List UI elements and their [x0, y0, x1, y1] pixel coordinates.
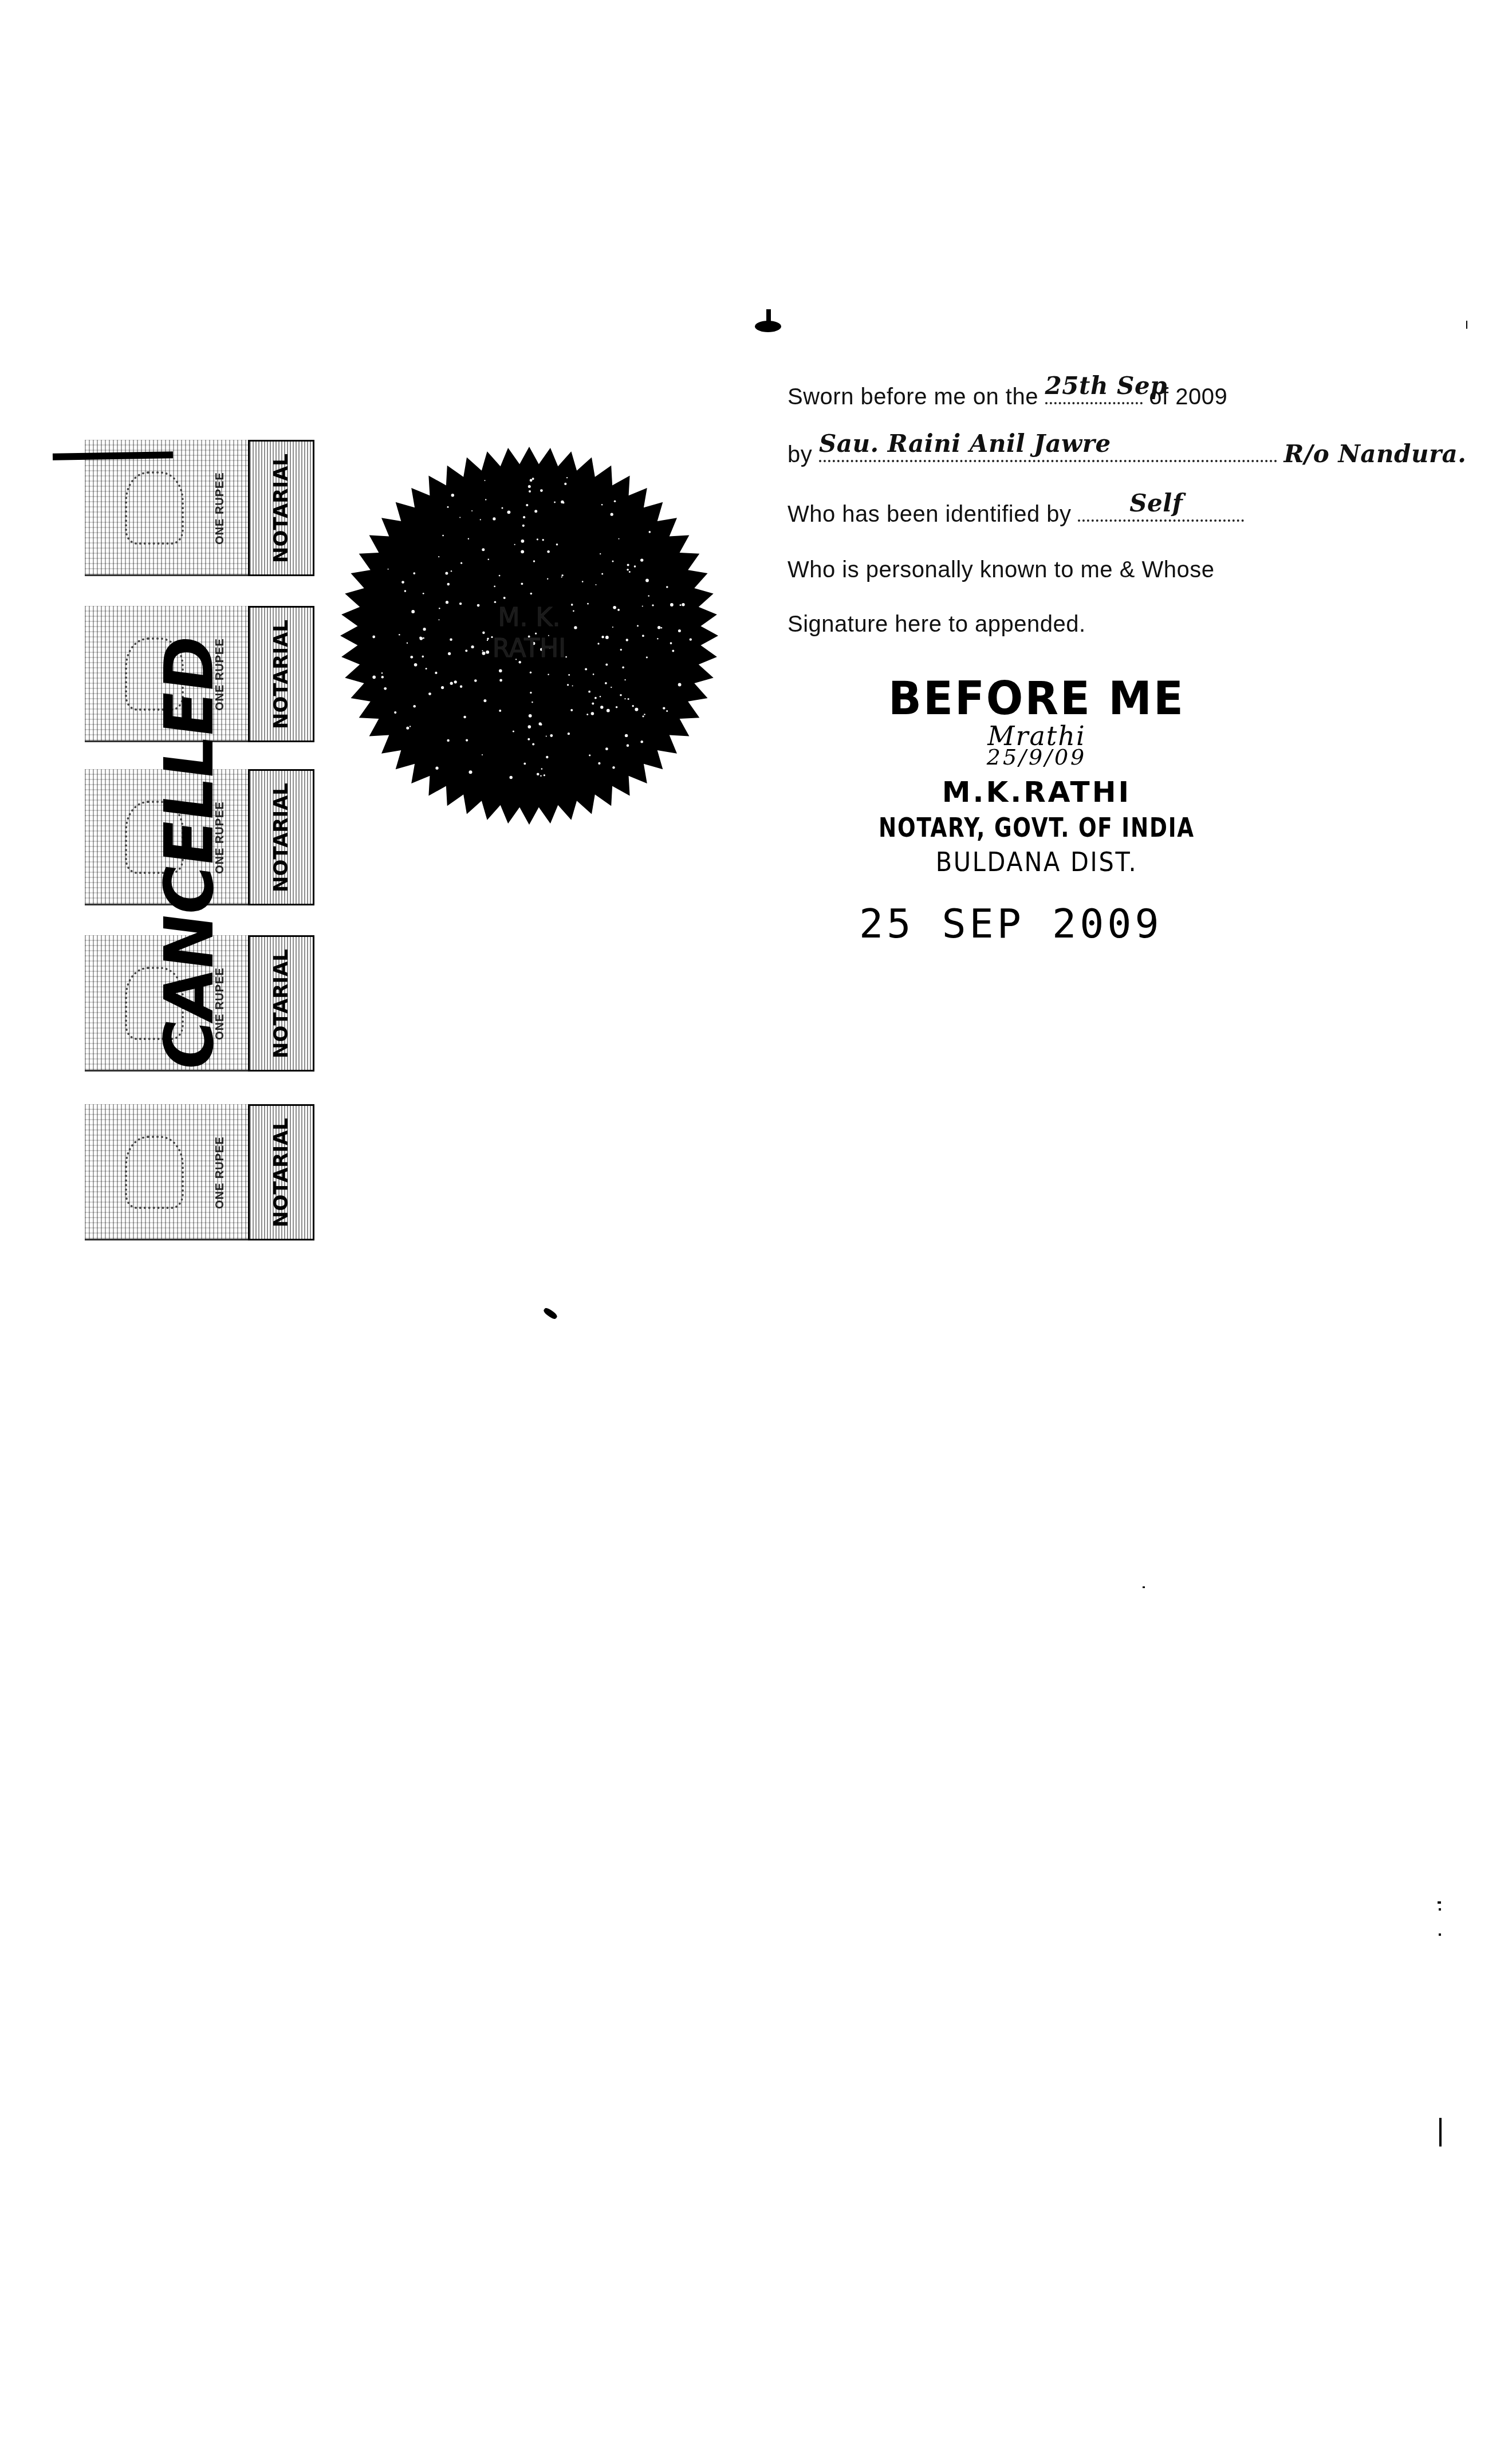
known-line: Who is personally known to me & Whose: [787, 557, 1214, 583]
identified-prefix: Who has been identified by: [787, 502, 1072, 527]
deponent-name-handwritten: Sau. Raini Anil Jawre: [819, 430, 1111, 458]
cancelled-overprint: CANCELLED: [155, 452, 223, 1254]
ink-blot-mark: [755, 321, 781, 332]
date-stamp: 25 SEP 2009: [836, 900, 1237, 947]
identifier-field: Self: [1078, 500, 1244, 522]
scan-speck: [1143, 1586, 1145, 1588]
scan-speck: [1438, 1901, 1441, 1904]
sworn-date-handwritten: 25th Sep: [1045, 372, 1167, 400]
scan-speck: [1439, 1933, 1441, 1936]
scan-line-mark: [1439, 2118, 1442, 2146]
stamp-label: NOTARIAL: [250, 442, 313, 574]
notary-title: NOTARY, GOVT. OF INDIA: [856, 812, 1217, 843]
deponent-residence-handwritten: R/o Nandura.: [1284, 440, 1467, 468]
sworn-date-field: 25th Sep: [1045, 383, 1143, 404]
deponent-name-field: Sau. Raini Anil Jawre: [819, 440, 1277, 462]
identified-line: Who has been identified by Self: [787, 500, 1244, 527]
notary-name: M.K.RATHI: [836, 775, 1237, 809]
stamp-label: NOTARIAL: [250, 771, 313, 904]
notary-signature-date: 25/9/09: [836, 745, 1237, 770]
scan-speck: [1439, 1908, 1441, 1911]
scan-speck: [1466, 321, 1467, 329]
deponent-prefix: by: [787, 442, 812, 467]
notary-stamp: BEFORE ME Mrathi 25/9/09 M.K.RATHI NOTAR…: [836, 673, 1237, 947]
stamp-label: NOTARIAL: [250, 937, 313, 1070]
stamp-label: NOTARIAL: [250, 608, 313, 741]
stamp-label: NOTARIAL: [250, 1106, 313, 1239]
cancelled-text: CANCELLED: [155, 450, 223, 1257]
seal-text-2: RATHI: [493, 634, 566, 663]
sworn-prefix: Sworn before me on the: [787, 384, 1038, 409]
seal-text-1: M. K.: [498, 603, 561, 632]
ink-blot-mark: [766, 309, 771, 322]
deponent-line: by Sau. Raini Anil Jawre R/o Nandura.: [787, 440, 1466, 468]
ink-speck-mark: [542, 1307, 558, 1321]
before-me-heading: BEFORE ME: [836, 672, 1237, 725]
notary-district: BULDANA DIST.: [856, 846, 1217, 877]
signature-appended-line: Signature here to appended.: [787, 612, 1086, 637]
notary-seal-icon: M. K. RATHI: [339, 444, 720, 828]
sworn-line: Sworn before me on the 25th Sep of 2009: [787, 383, 1227, 410]
identifier-handwritten: Self: [1129, 489, 1183, 517]
